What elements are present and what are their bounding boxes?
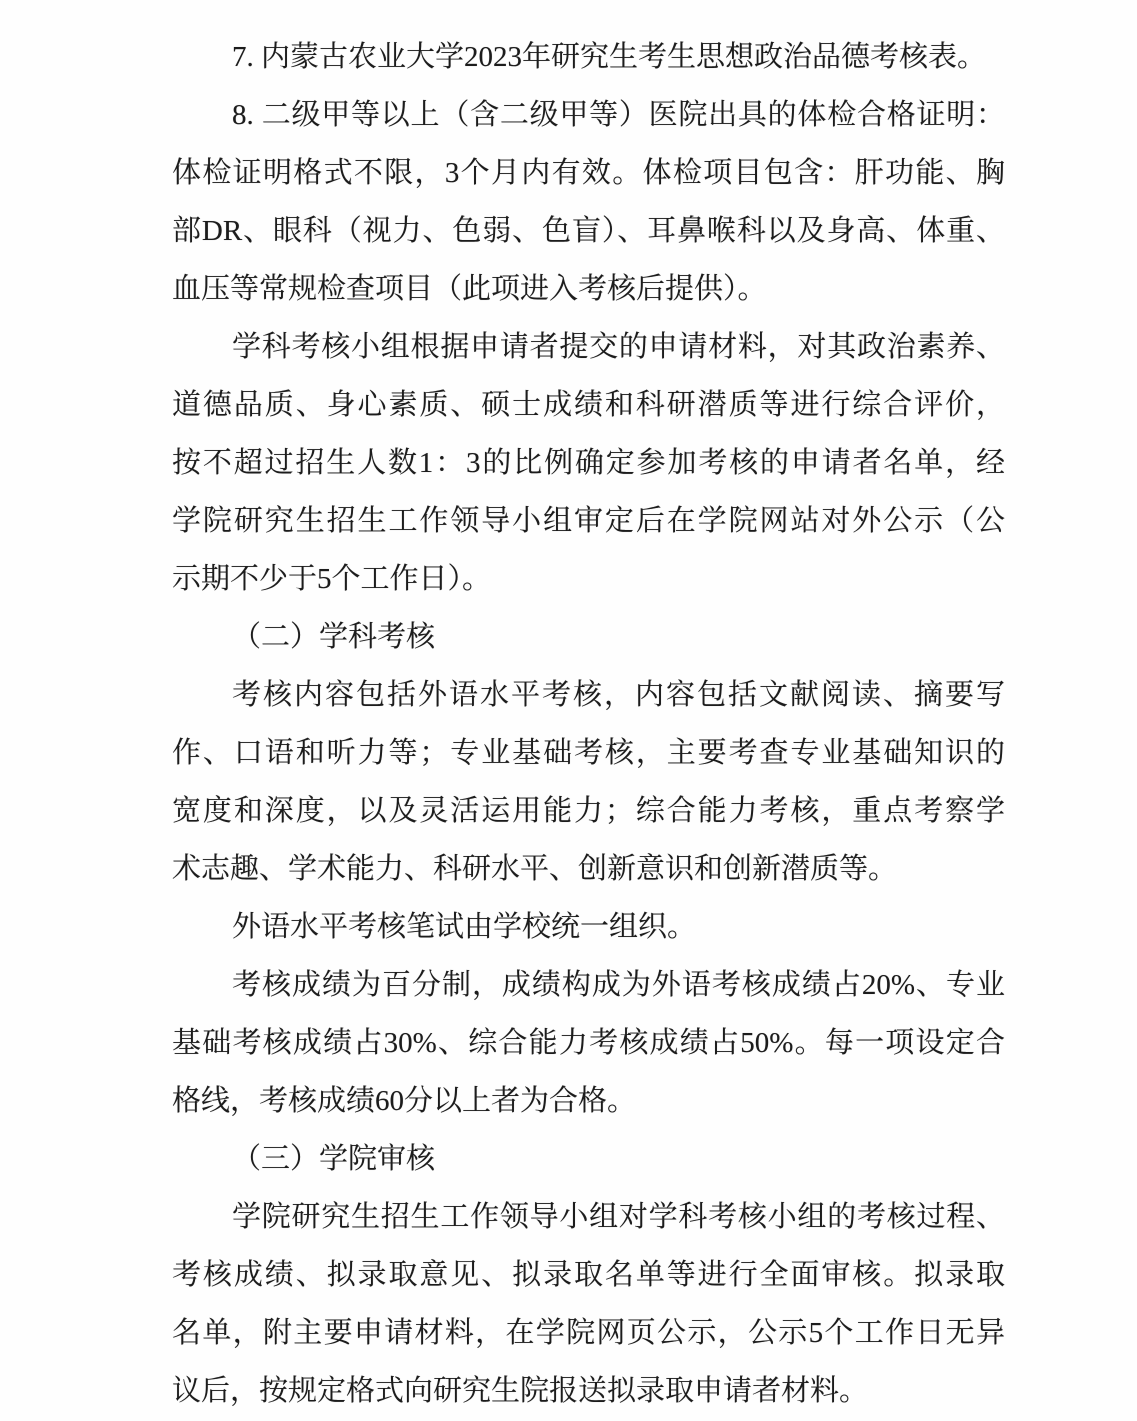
paragraph-line: 学院研究生招生工作领导小组对学科考核小组的考核过程、	[172, 1188, 1005, 1246]
paragraph-line: 作、口语和听力等；专业基础考核，主要考查专业基础知识的	[172, 724, 1005, 782]
paragraph-line: 名单，附主要申请材料，在学院网页公示，公示5个工作日无异	[172, 1304, 1005, 1362]
list-item-7-line: 7. 内蒙古农业大学2023年研究生考生思想政治品德考核表。	[172, 28, 1005, 86]
paragraph-line: 体检证明格式不限，3个月内有效。体检项目包含：肝功能、胸	[172, 144, 1005, 202]
paragraph-line: 议后，按规定格式向研究生院报送拟录取申请者材料。	[172, 1362, 1005, 1420]
paragraph-line: 外语水平考核笔试由学校统一组织。	[172, 898, 1005, 956]
paragraph-line: 宽度和深度，以及灵活运用能力；综合能力考核，重点考察学	[172, 782, 1005, 840]
paragraph-line: 按不超过招生人数1：3的比例确定参加考核的申请者名单，经	[172, 434, 1005, 492]
section-heading-discipline-assessment: （二）学科考核	[172, 608, 1005, 666]
list-item-8-line: 8. 二级甲等以上（含二级甲等）医院出具的体检合格证明：	[172, 86, 1005, 144]
paragraph-line: 部DR、眼科（视力、色弱、色盲）、耳鼻喉科以及身高、体重、	[172, 202, 1005, 260]
document-page: 7. 内蒙古农业大学2023年研究生考生思想政治品德考核表。 8. 二级甲等以上…	[172, 28, 1005, 1420]
paragraph-line: 术志趣、学术能力、科研水平、创新意识和创新潜质等。	[172, 840, 1005, 898]
paragraph-line: 血压等常规检查项目（此项进入考核后提供）。	[172, 260, 1005, 318]
paragraph-line: 考核内容包括外语水平考核，内容包括文献阅读、摘要写	[172, 666, 1005, 724]
paragraph-line: 道德品质、身心素质、硕士成绩和科研潜质等进行综合评价，	[172, 376, 1005, 434]
paragraph-line: 学院研究生招生工作领导小组审定后在学院网站对外公示（公	[172, 492, 1005, 550]
paragraph-line: 学科考核小组根据申请者提交的申请材料，对其政治素养、	[172, 318, 1005, 376]
paragraph-line: 格线，考核成绩60分以上者为合格。	[172, 1072, 1005, 1130]
paragraph-line: 考核成绩、拟录取意见、拟录取名单等进行全面审核。拟录取	[172, 1246, 1005, 1304]
paragraph-line: 考核成绩为百分制，成绩构成为外语考核成绩占20%、专业	[172, 956, 1005, 1014]
paragraph-line: 示期不少于5个工作日）。	[172, 550, 1005, 608]
paragraph-line: 基础考核成绩占30%、综合能力考核成绩占50%。每一项设定合	[172, 1014, 1005, 1072]
section-heading-college-review: （三）学院审核	[172, 1130, 1005, 1188]
